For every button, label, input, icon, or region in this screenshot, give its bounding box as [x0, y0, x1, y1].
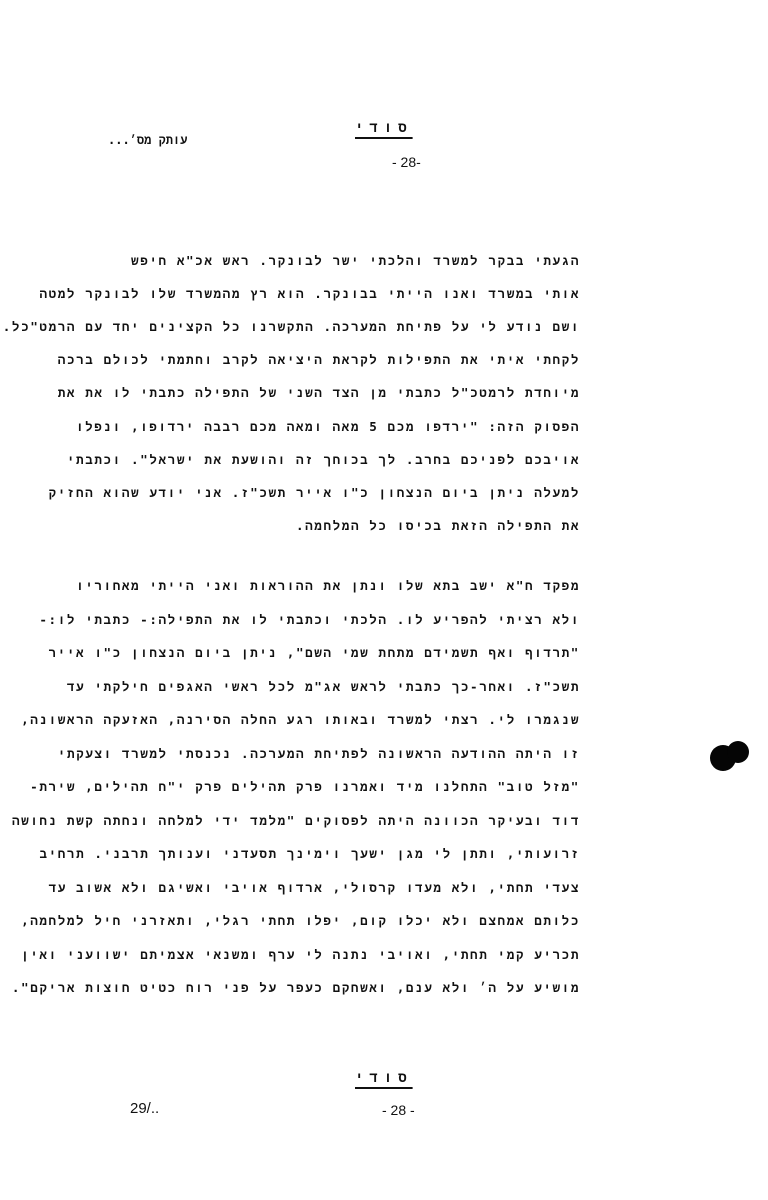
- text-line: אותי במשרד ואנו הייתי בבונקר. הוא רץ מהמ…: [39, 286, 580, 302]
- text-line: הגעתי בבקר למשרד והלכתי ישר לבונקר. ראש …: [131, 253, 580, 269]
- text-line: "מזל טוב" התחלנו מיד ואמרנו פרק תהילים פ…: [30, 779, 580, 795]
- text-line: זרועותי, ותתן לי מגן ישעך וימינך תסעדני …: [39, 846, 580, 862]
- text-line: תשכ"ז. ואחר-כך כתבתי לראש אג"מ לכל ראשי …: [67, 679, 580, 695]
- continuation-marker: 29/..: [130, 1100, 159, 1117]
- text-line: אויבכם לפניכם בחרב. לך בכוחך זה והושעת א…: [67, 452, 580, 468]
- text-line: תכריע קמי תחתי, ואויבי נתנה לי ערף ומשנא…: [21, 947, 580, 963]
- ink-blot-mark: [727, 741, 749, 763]
- text-line: לקחתי איתי את התפילות לקראת היציאה לקרב …: [58, 352, 580, 368]
- text-line: דוד ובעיקר הכוונה היתה לפסוקים "מלמד ידי…: [12, 813, 580, 829]
- text-line: את התפילה הזאת בכיסו כל המלחמה.: [296, 518, 580, 534]
- header-classification-mark: סודי: [355, 120, 413, 137]
- text-line: למעלה ניתן ביום הנצחון כ"ו אייר תשכ"ז. א…: [49, 485, 580, 501]
- copy-number-label: עותק מס׳...: [108, 133, 187, 148]
- text-line: "תרדוף ואף תשמידם מתחת שמי השם", ניתן בי…: [49, 645, 580, 661]
- text-line: הפסוק הזה: "ירדפו מכם 5 מאה ומאה מכם רבב…: [76, 419, 580, 435]
- text-line: שנגמרו לי. רצתי למשרד ובאותו רגע החלה הס…: [21, 712, 580, 728]
- text-line: כלותם אמחצם ולא יכלו קום, יפלו תחתי רגלי…: [21, 913, 580, 929]
- text-line: צעדי תחתי, ולא מעדו קרסולי, ארדוף אויבי …: [49, 880, 580, 896]
- footer-classification-mark: סודי: [355, 1070, 413, 1087]
- header-page-number: - 28-: [392, 154, 421, 170]
- text-line: מפקד ח"א ישב בתא שלו ונתן את ההוראות ואנ…: [76, 578, 580, 594]
- text-line: ולא רציתי להפריע לו. הלכתי וכתבתי לו את …: [39, 612, 580, 628]
- footer-page-number: - 28 -: [382, 1102, 415, 1118]
- text-line: ושם נודע לי על פתיחת המערכה. התקשרנו כל …: [3, 319, 580, 335]
- text-line: מיוחדת לרמטכ"ל כתבתי מן הצד השני של התפי…: [58, 385, 580, 401]
- text-line: זו היתה ההודעה הראשונה לפתיחת המערכה. נכ…: [58, 746, 580, 762]
- text-line: מושיע על ה׳ ולא ענם, ואשחקם כעפר על פני …: [12, 980, 580, 996]
